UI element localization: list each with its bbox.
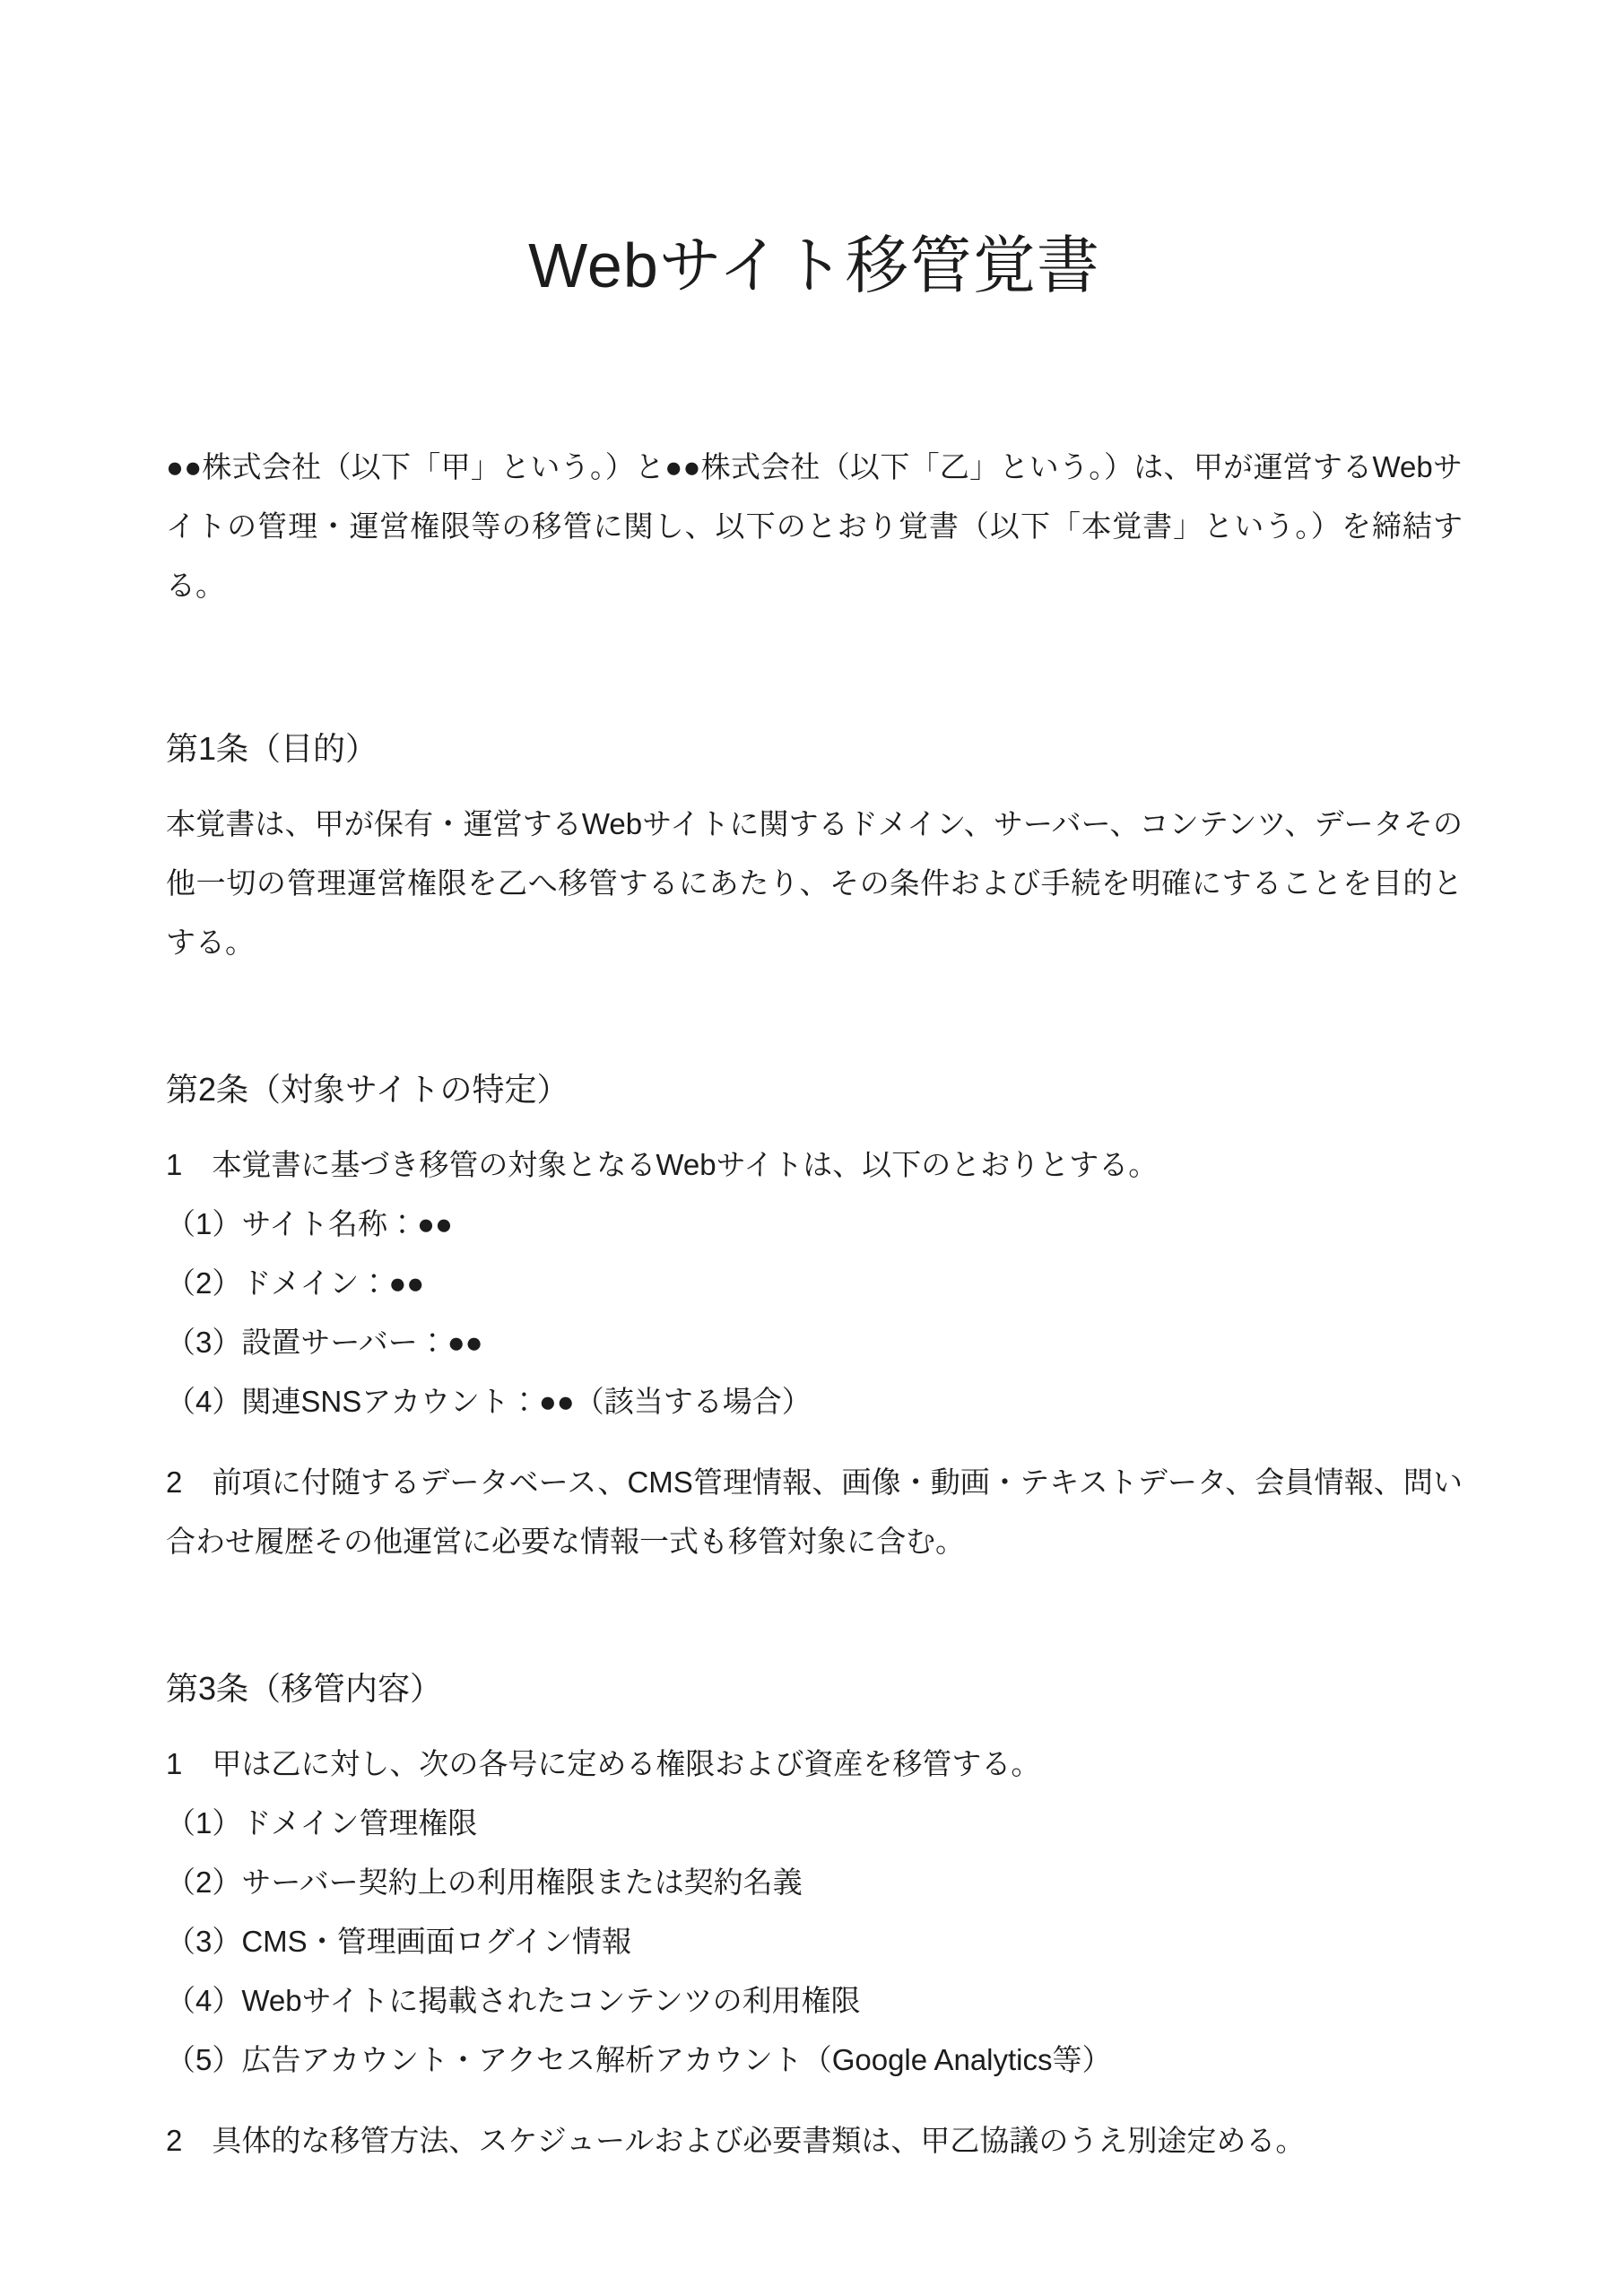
article-3: 第3条（移管内容） 1 甲は乙に対し、次の各号に定める権限および資産を移管する。… [166,1665,1463,2170]
document-page: Webサイト移管覚書 ●●株式会社（以下「甲」という。）と●●株式会社（以下「乙… [0,0,1624,2296]
article-3-item-1: （1）ドメイン管理権限 [166,1794,1463,1853]
article-3-heading: 第3条（移管内容） [166,1665,1463,1713]
article-3-clause-2: 2 具体的な移管方法、スケジュールおよび必要書類は、甲乙協議のうえ別途定める。 [166,2111,1463,2170]
article-3-item-5: （5）広告アカウント・アクセス解析アカウント（Google Analytics等… [166,2031,1463,2090]
article-2: 第2条（対象サイトの特定） 1 本覚書に基づき移管の対象となるWebサイトは、以… [166,1065,1463,1571]
preamble: ●●株式会社（以下「甲」という。）と●●株式会社（以下「乙」という。）は、甲が運… [166,438,1463,615]
article-2-item-4: （4）関連SNSアカウント：●●（該当する場合） [166,1372,1463,1431]
article-3-item-4: （4）Webサイトに掲載されたコンテンツの利用権限 [166,1971,1463,2031]
article-1-body: 本覚書は、甲が保有・運営するWebサイトに関するドメイン、サーバー、コンテンツ、… [166,795,1463,972]
article-2-clause-2: 2 前項に付随するデータベース、CMS管理情報、画像・動画・テキストデータ、会員… [166,1453,1463,1571]
article-2-item-1: （1）サイト名称：●● [166,1195,1463,1254]
document-title: Webサイト移管覚書 [166,224,1463,307]
article-3-clause-1: 1 甲は乙に対し、次の各号に定める権限および資産を移管する。 [166,1735,1463,1794]
article-1: 第1条（目的） 本覚書は、甲が保有・運営するWebサイトに関するドメイン、サーバ… [166,725,1463,972]
article-3-item-3: （3）CMS・管理画面ログイン情報 [166,1912,1463,1971]
article-2-item-2: （2）ドメイン：●● [166,1254,1463,1313]
article-2-heading: 第2条（対象サイトの特定） [166,1065,1463,1114]
article-2-clause-1: 1 本覚書に基づき移管の対象となるWebサイトは、以下のとおりとする。 [166,1135,1463,1195]
article-1-heading: 第1条（目的） [166,725,1463,773]
article-2-item-3: （3）設置サーバー：●● [166,1313,1463,1372]
article-3-item-2: （2）サーバー契約上の利用権限または契約名義 [166,1853,1463,1912]
